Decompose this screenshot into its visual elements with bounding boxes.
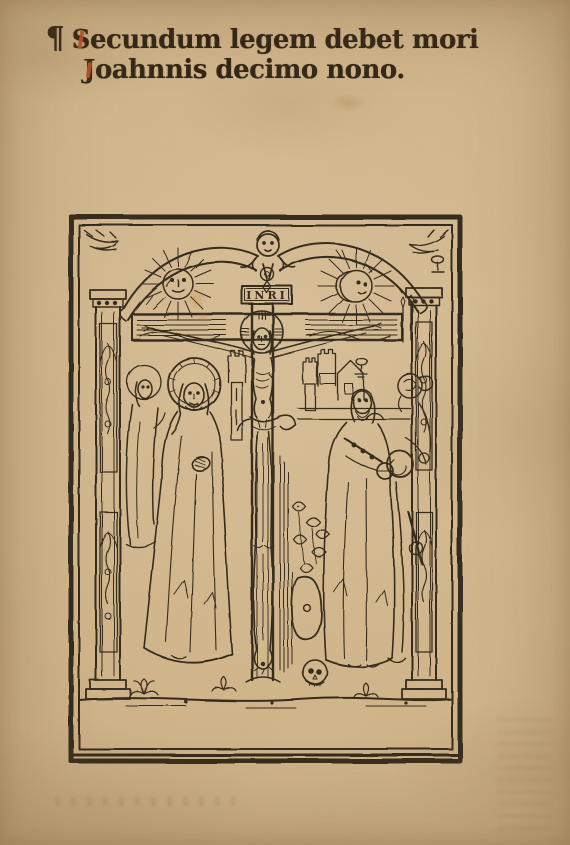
headline-line1-text: ecundum legem debet mori: [90, 25, 478, 55]
rubricated-initial-j: J: [83, 55, 95, 85]
skull-icon: [303, 660, 327, 687]
sun-icon: [142, 248, 214, 320]
rubricated-initial-s: S: [72, 25, 90, 55]
headline-line-1: ¶Secundum legem debet mori: [0, 24, 524, 55]
cross: [132, 304, 402, 682]
stone-with-hole: [280, 456, 321, 672]
moon-icon: [318, 248, 394, 324]
headline: ¶Secundum legem debet mori Joahnnis deci…: [0, 24, 524, 85]
city-buildings: [228, 295, 413, 440]
pilcrow-mark: ¶: [46, 21, 65, 56]
ground: [80, 677, 452, 708]
inri-text: INRI: [246, 289, 288, 302]
book-page: ¶Secundum legem debet mori Joahnnis deci…: [0, 0, 570, 845]
crucifixion-woodcut: INRI: [66, 212, 466, 772]
showthrough-text-column: [497, 715, 552, 830]
angel-head-icon: [241, 231, 295, 293]
bearded-saint-figure: [324, 390, 394, 667]
holy-woman-figure: [126, 365, 165, 548]
virgin-mary-figure: [144, 358, 232, 663]
headline-line-2: Joahnnis decimo nono.: [0, 55, 506, 85]
headline-line2-text: oahnnis decimo nono.: [95, 55, 405, 85]
left-column: [86, 290, 130, 699]
showthrough-text-line: [55, 797, 235, 806]
right-column: [402, 288, 446, 699]
